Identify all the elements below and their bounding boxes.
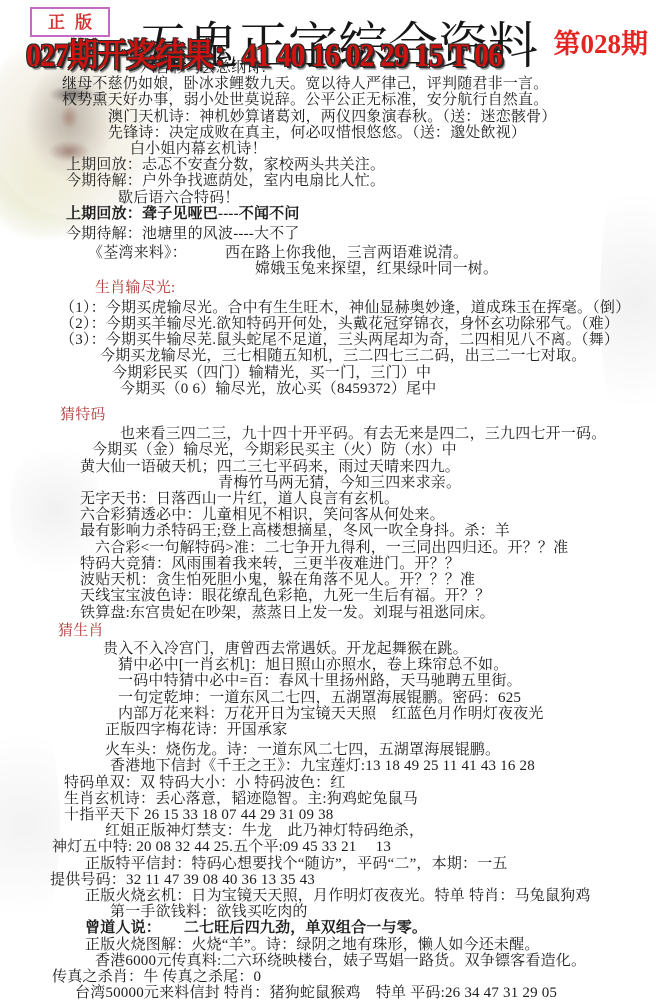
text-line: 铁算盘:东宫贵妃在吵架，蒸蒸日上发一发。刘琨与祖逖同床。 (0, 605, 656, 621)
content-lines: 六合彩马会总纲诗:继母不慈仍如娘，卧冰求鲤数九天。宽以待人严律己，评判随君非一言… (0, 60, 656, 1001)
text-line: （1）：今期买虎输尽光。合中有生生旺木，神仙显赫奥妙逢，道成珠玉在挥毫。（倒） (0, 300, 656, 316)
text-line: 提供号码：32 11 47 39 08 40 36 13 35 43 (0, 872, 656, 888)
text-line: 香港地下信封《千王之王》：九宝莲灯:13 18 49 25 11 41 43 1… (0, 758, 656, 774)
text-line: 一句定乾坤：一道东风二七四，五湖罩海展锟鹏。密码：625 (0, 690, 656, 706)
text-line: 今期待解：户外争找遮荫处，室内电扇比人忙。 (0, 173, 656, 189)
text-line: 上期回放：忐忑不安查分数，家校两头共关注。 (0, 157, 656, 173)
text-line: 正版特平信封：特码心想要找个“随访”，平码“二”，本期：一五 (0, 856, 656, 872)
section-heading: 猜特码 (0, 407, 656, 423)
text-line: 今期买（0 6）输尽光，放心买（8459372）尾中 (0, 381, 656, 397)
text-line: 也来看三四二三，九十四十开平码。有去无来是四二，三九四七开一码。 (0, 426, 656, 442)
text-line: 最有影响力杀特码王;登上高楼想摘星，冬风一吹全身抖。杀：羊 (0, 523, 656, 539)
text-line: 火车头：烧伤龙。诗：一道东风二七四，五湖罩海展锟鹏。 (0, 742, 656, 758)
text-line: 青梅竹马两无猜，今知三四来求亲。 (0, 475, 656, 491)
text-line: 十指平天下 26 15 33 18 07 44 29 31 09 38 (0, 807, 656, 823)
text-line: 第一手欲钱料：欲钱买吃肉的 (0, 904, 656, 920)
text-line: 今期买（金）输尽光，今期彩民买主（火）防（水）中 (0, 442, 656, 458)
text-line: 特码大竞猜：风雨围着我来转，三更半夜难进门。开？？ (0, 556, 656, 572)
issue-number: 第028期 (554, 22, 649, 61)
result-banner: 027期开奖结果：41 40 16 02 29 15 T 06 (26, 28, 502, 76)
text-line: 台湾50000元来料信封 特肖：猪狗蛇鼠猴鸡 特单 平码:26 34 47 31… (0, 985, 656, 1001)
text-line: 《荃湾来料》： 西在路上你我他，三言两语难说清。 (0, 245, 656, 261)
text-line: 内部万花来料：万花开日为宝镜天天照 红蓝色月作明灯夜夜光 (0, 706, 656, 722)
text-line: 生肖玄机诗：丢心落意，韬迹隐智。主:狗鸡蛇兔鼠马 (0, 791, 656, 807)
text-line: 嫦娥玉兔来探望，红果绿叶同一树。 (0, 261, 656, 277)
text-line: 继母不慈仍如娘，卧冰求鲤数九天。宽以待人严律己，评判随君非一言。 (0, 76, 656, 92)
text-line: 红姐正版神灯禁支：牛龙 此乃神灯特码绝杀， (0, 823, 656, 839)
text-line: 歇后语六合特码！ (0, 190, 656, 206)
text-line: 一码中特猜中必中=百：春风十里扬州路，天马驰聘五里街。 (0, 673, 656, 689)
text-line: 无字天书：日落西山一片红，道人良言有玄机。 (0, 491, 656, 507)
text-line: （2）：今期买羊输尽光.欲知特码开何处，头戴花冠穿锦衣，身怀玄功除邪气。（难） (0, 316, 656, 332)
text-line: 先锋诗：决定成败在真主，何必叹惜恨悠悠。（送：邈处飲视） (0, 125, 656, 141)
text-line: 香港6000元传真料:二六环绕映楼台，婊子骂娼一路货。双争镖客看造化。 (0, 953, 656, 969)
text-line: 天线宝宝波色诗：眼花缭乱色彩艳，九死一生后有福。开？？ (0, 588, 656, 604)
section-heading: 生肖输尽光: (0, 280, 656, 296)
text-line: （3）：今期买牛输尽芜.鼠头蛇尾不足道，三头两尾却为奇，二四相见八不离。（舞） (0, 332, 656, 348)
text-line: 正版火烧图解：火烧“羊”。诗：绿阴之地有珠形，懒人如今还未醒。 (0, 937, 656, 953)
text-line: 今期买龙输尽光，三七相随五知机，三二四七三二码，出三二一七对取。 (0, 348, 656, 364)
text-line: 神灯五中特: 20 08 32 44 25.五个平:09 45 33 21 13 (0, 839, 656, 855)
text-line: 上期回放：聋子见哑巴----不闻不问 (0, 206, 656, 222)
text-line: 六合彩<一句解特码>准：二七争开九得利，一三同出四归还。开？？准 (0, 540, 656, 556)
lottery-info-sheet: 正版 五鬼正字综合资料 第028期 027期开奖结果：41 40 16 02 2… (0, 0, 656, 1008)
text-line: 传真之杀肖：牛 传真之杀尾：0 (0, 969, 656, 985)
text-line: 黄大仙一语破天机；四二三七平码来，雨过天晴来四九。 (0, 459, 656, 475)
text-line: 特码单双：双 特码大小：小 特码波色：红 (0, 775, 656, 791)
text-line: 权势熏天好办事，弱小处世莫说辞。公平公正无标准，安分航行自然直。 (0, 92, 656, 108)
text-line: 正版四字梅花诗：开国承家 (0, 722, 656, 738)
text-line: 波贴天机：贪生怕死胆小鬼，躲在角落不见人。开？？？准 (0, 572, 656, 588)
text-line: 正版火烧玄机：日为宝镜天天照，月作明灯夜夜光。特单 特肖：马兔鼠狗鸡 (0, 888, 656, 904)
text-line: 澳门天机诗：神机妙算诸葛刘，两仪四象演春秋。（送：迷恋骸骨） (0, 109, 656, 125)
section-heading: 猜生肖 (0, 623, 656, 639)
text-line: 曾道人说： 二七旺后四九劲，单双组合一与零。 (0, 920, 656, 936)
text-line: 白小姐内幕玄机诗！ (0, 141, 656, 157)
text-line: 今期彩民买（四门）输精光，买一门，三门）中 (0, 365, 656, 381)
text-line: 贵入不入冷宫门，唐曾西去常遇妖。开龙起舞猴在跳。 (0, 641, 656, 657)
text-line: 今期待解：池塘里的风波----大不了 (0, 226, 656, 242)
text-line: 六合彩猜透必中：儿童相见不相识，笑问客从何处来。 (0, 507, 656, 523)
text-line: 猜中必中[一肖玄机]：旭日照山亦照水，卷上珠帘总不如。 (0, 657, 656, 673)
